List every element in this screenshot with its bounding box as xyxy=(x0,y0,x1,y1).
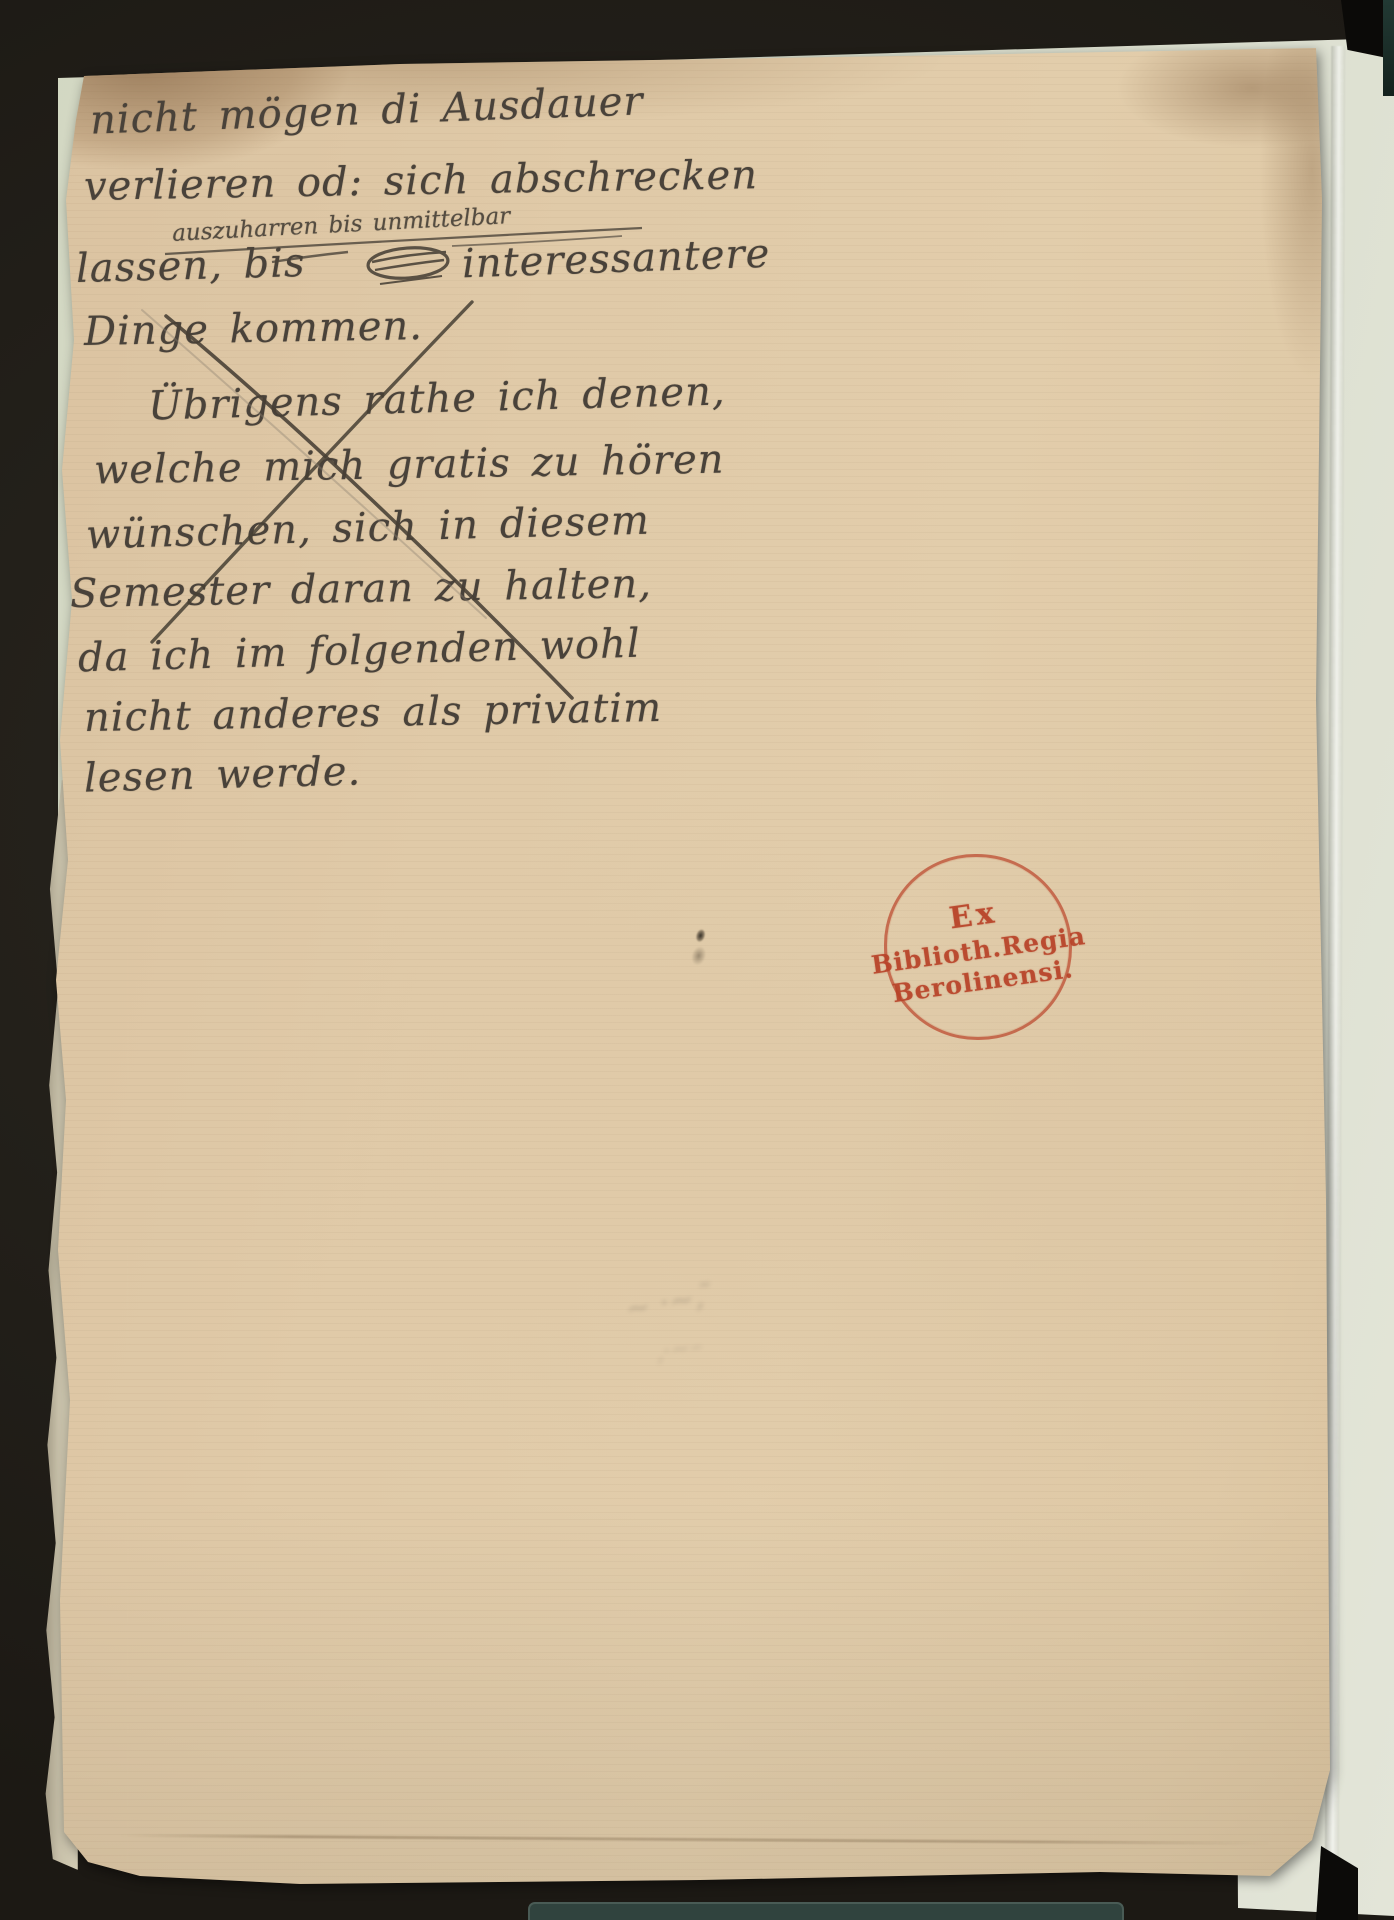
ink-scribble-blot xyxy=(367,245,449,284)
manuscript-page: nicht mögen di Ausdauer verlieren od: si… xyxy=(0,0,1394,1920)
manuscript-line-struck: Übrigens rathe ich denen, xyxy=(147,368,726,429)
manuscript-line: verlieren od: sich abschrecken xyxy=(84,152,759,210)
library-stamp: Ex Biblioth.Regia Berolinensi. xyxy=(884,854,1072,1040)
manuscript-line-struck: nicht anderes als privatim xyxy=(84,685,663,741)
interlinear-insertion: auszuharren bis unmittelbar xyxy=(172,203,511,247)
manuscript-line-struck: lesen werde. xyxy=(83,748,361,801)
manuscript-line-struck: Semester daran zu halten, xyxy=(70,561,653,617)
manuscript-line-struck: welche mich gratis zu hören xyxy=(94,437,725,494)
manuscript-line-struck: da ich im folgenden wohl xyxy=(77,621,641,682)
library-stamp-text: Ex Biblioth.Regia Berolinensi. xyxy=(864,882,1092,1011)
manuscript-line-struck: wünschen, sich in diesem xyxy=(85,498,650,559)
manuscript-line: nicht mögen di Ausdauer xyxy=(89,78,644,143)
manuscript-line: Dinge kommen. xyxy=(84,303,424,355)
scanned-manuscript-photo: nicht mögen di Ausdauer verlieren od: si… xyxy=(0,0,1394,1920)
bottom-crease-line xyxy=(120,1834,1270,1845)
ghost-offset-smudge: ~ ·~‚ ̃ xyxy=(623,1278,716,1328)
ink-smudge xyxy=(679,921,721,972)
ghost-offset-smudge: ‚·~– xyxy=(653,1331,705,1367)
manuscript-line: lassen, bis xyxy=(75,240,306,292)
manuscript-paper: nicht mögen di Ausdauer verlieren od: si… xyxy=(0,0,1394,1920)
manuscript-line: interessantere xyxy=(461,231,771,288)
